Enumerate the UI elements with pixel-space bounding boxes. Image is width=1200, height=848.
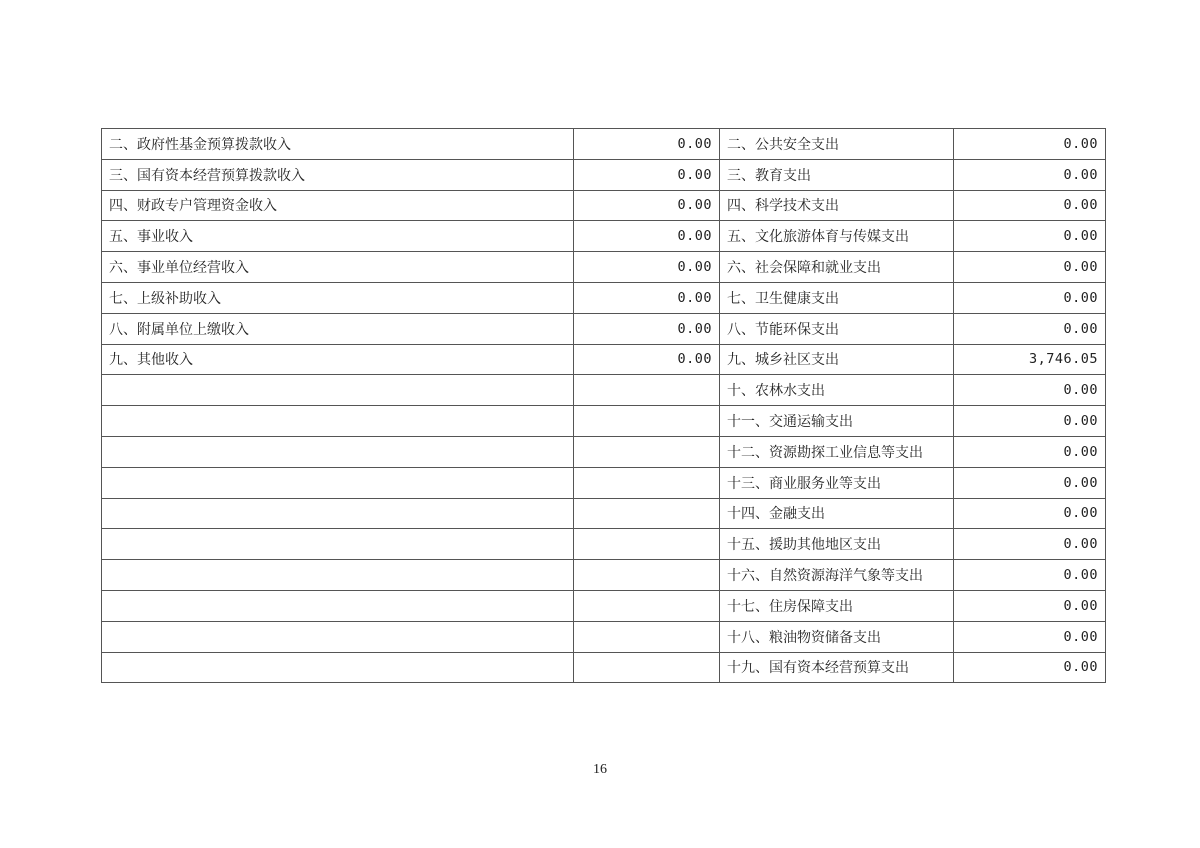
income-amount-cell (574, 590, 720, 621)
expense-item-cell: 十一、交通运输支出 (720, 406, 954, 437)
income-amount-cell (574, 406, 720, 437)
expense-amount-cell: 0.00 (954, 252, 1106, 283)
income-item-cell (102, 467, 574, 498)
page-number: 16 (0, 762, 1200, 778)
expense-item-cell: 十四、金融支出 (720, 498, 954, 529)
expense-item-cell: 四、科学技术支出 (720, 190, 954, 221)
table-row: 十八、粮油物资储备支出0.00 (102, 621, 1106, 652)
expense-item-cell: 十七、住房保障支出 (720, 590, 954, 621)
table-row: 四、财政专户管理资金收入0.00四、科学技术支出0.00 (102, 190, 1106, 221)
expense-amount-cell: 0.00 (954, 313, 1106, 344)
income-amount-cell: 0.00 (574, 190, 720, 221)
income-item-cell (102, 498, 574, 529)
expense-item-cell: 十三、商业服务业等支出 (720, 467, 954, 498)
expense-item-cell: 十六、自然资源海洋气象等支出 (720, 560, 954, 591)
income-item-cell: 四、财政专户管理资金收入 (102, 190, 574, 221)
income-amount-cell: 0.00 (574, 252, 720, 283)
expense-item-cell: 十二、资源勘探工业信息等支出 (720, 436, 954, 467)
income-amount-cell: 0.00 (574, 129, 720, 160)
expense-item-cell: 七、卫生健康支出 (720, 282, 954, 313)
table-row: 十二、资源勘探工业信息等支出0.00 (102, 436, 1106, 467)
table-row: 十五、援助其他地区支出0.00 (102, 529, 1106, 560)
expense-amount-cell: 0.00 (954, 590, 1106, 621)
income-amount-cell (574, 529, 720, 560)
expense-item-cell: 三、教育支出 (720, 159, 954, 190)
expense-amount-cell: 0.00 (954, 652, 1106, 683)
income-item-cell: 七、上级补助收入 (102, 282, 574, 313)
income-item-cell: 二、政府性基金预算拨款收入 (102, 129, 574, 160)
expense-amount-cell: 0.00 (954, 529, 1106, 560)
income-amount-cell (574, 375, 720, 406)
table-row: 十四、金融支出0.00 (102, 498, 1106, 529)
expense-amount-cell: 0.00 (954, 159, 1106, 190)
income-amount-cell: 0.00 (574, 221, 720, 252)
expense-amount-cell: 0.00 (954, 190, 1106, 221)
income-amount-cell: 0.00 (574, 159, 720, 190)
income-item-cell (102, 560, 574, 591)
table-row: 七、上级补助收入0.00七、卫生健康支出0.00 (102, 282, 1106, 313)
expense-amount-cell: 0.00 (954, 498, 1106, 529)
table-row: 十七、住房保障支出0.00 (102, 590, 1106, 621)
income-amount-cell (574, 498, 720, 529)
income-amount-cell: 0.00 (574, 344, 720, 375)
expense-item-cell: 十、农林水支出 (720, 375, 954, 406)
expense-amount-cell: 0.00 (954, 282, 1106, 313)
income-amount-cell (574, 560, 720, 591)
income-amount-cell (574, 652, 720, 683)
expense-item-cell: 二、公共安全支出 (720, 129, 954, 160)
expense-item-cell: 八、节能环保支出 (720, 313, 954, 344)
income-item-cell (102, 375, 574, 406)
income-amount-cell (574, 621, 720, 652)
expense-item-cell: 六、社会保障和就业支出 (720, 252, 954, 283)
income-item-cell: 五、事业收入 (102, 221, 574, 252)
expense-amount-cell: 0.00 (954, 560, 1106, 591)
table-row: 六、事业单位经营收入0.00六、社会保障和就业支出0.00 (102, 252, 1106, 283)
expense-amount-cell: 0.00 (954, 406, 1106, 437)
income-amount-cell: 0.00 (574, 313, 720, 344)
income-amount-cell (574, 467, 720, 498)
table-row: 十六、自然资源海洋气象等支出0.00 (102, 560, 1106, 591)
income-amount-cell: 0.00 (574, 282, 720, 313)
table-row: 十三、商业服务业等支出0.00 (102, 467, 1106, 498)
income-item-cell: 九、其他收入 (102, 344, 574, 375)
expense-item-cell: 九、城乡社区支出 (720, 344, 954, 375)
budget-table: 二、政府性基金预算拨款收入0.00二、公共安全支出0.00三、国有资本经营预算拨… (101, 128, 1106, 683)
income-item-cell (102, 590, 574, 621)
expense-item-cell: 十八、粮油物资储备支出 (720, 621, 954, 652)
table-row: 十九、国有资本经营预算支出0.00 (102, 652, 1106, 683)
income-item-cell (102, 652, 574, 683)
expense-amount-cell: 0.00 (954, 221, 1106, 252)
table-row: 十一、交通运输支出0.00 (102, 406, 1106, 437)
expense-amount-cell: 0.00 (954, 129, 1106, 160)
table-row: 二、政府性基金预算拨款收入0.00二、公共安全支出0.00 (102, 129, 1106, 160)
expense-amount-cell: 0.00 (954, 621, 1106, 652)
income-item-cell (102, 436, 574, 467)
income-item-cell: 三、国有资本经营预算拨款收入 (102, 159, 574, 190)
income-item-cell (102, 406, 574, 437)
table-row: 九、其他收入0.00九、城乡社区支出3,746.05 (102, 344, 1106, 375)
table-row: 三、国有资本经营预算拨款收入0.00三、教育支出0.00 (102, 159, 1106, 190)
income-amount-cell (574, 436, 720, 467)
table-row: 十、农林水支出0.00 (102, 375, 1106, 406)
expense-amount-cell: 3,746.05 (954, 344, 1106, 375)
expense-amount-cell: 0.00 (954, 467, 1106, 498)
expense-amount-cell: 0.00 (954, 436, 1106, 467)
income-item-cell: 八、附属单位上缴收入 (102, 313, 574, 344)
income-item-cell: 六、事业单位经营收入 (102, 252, 574, 283)
expense-amount-cell: 0.00 (954, 375, 1106, 406)
income-item-cell (102, 621, 574, 652)
income-item-cell (102, 529, 574, 560)
expense-item-cell: 十九、国有资本经营预算支出 (720, 652, 954, 683)
table-row: 五、事业收入0.00五、文化旅游体育与传媒支出0.00 (102, 221, 1106, 252)
table-row: 八、附属单位上缴收入0.00八、节能环保支出0.00 (102, 313, 1106, 344)
expense-item-cell: 十五、援助其他地区支出 (720, 529, 954, 560)
expense-item-cell: 五、文化旅游体育与传媒支出 (720, 221, 954, 252)
budget-table-body: 二、政府性基金预算拨款收入0.00二、公共安全支出0.00三、国有资本经营预算拨… (102, 129, 1106, 683)
